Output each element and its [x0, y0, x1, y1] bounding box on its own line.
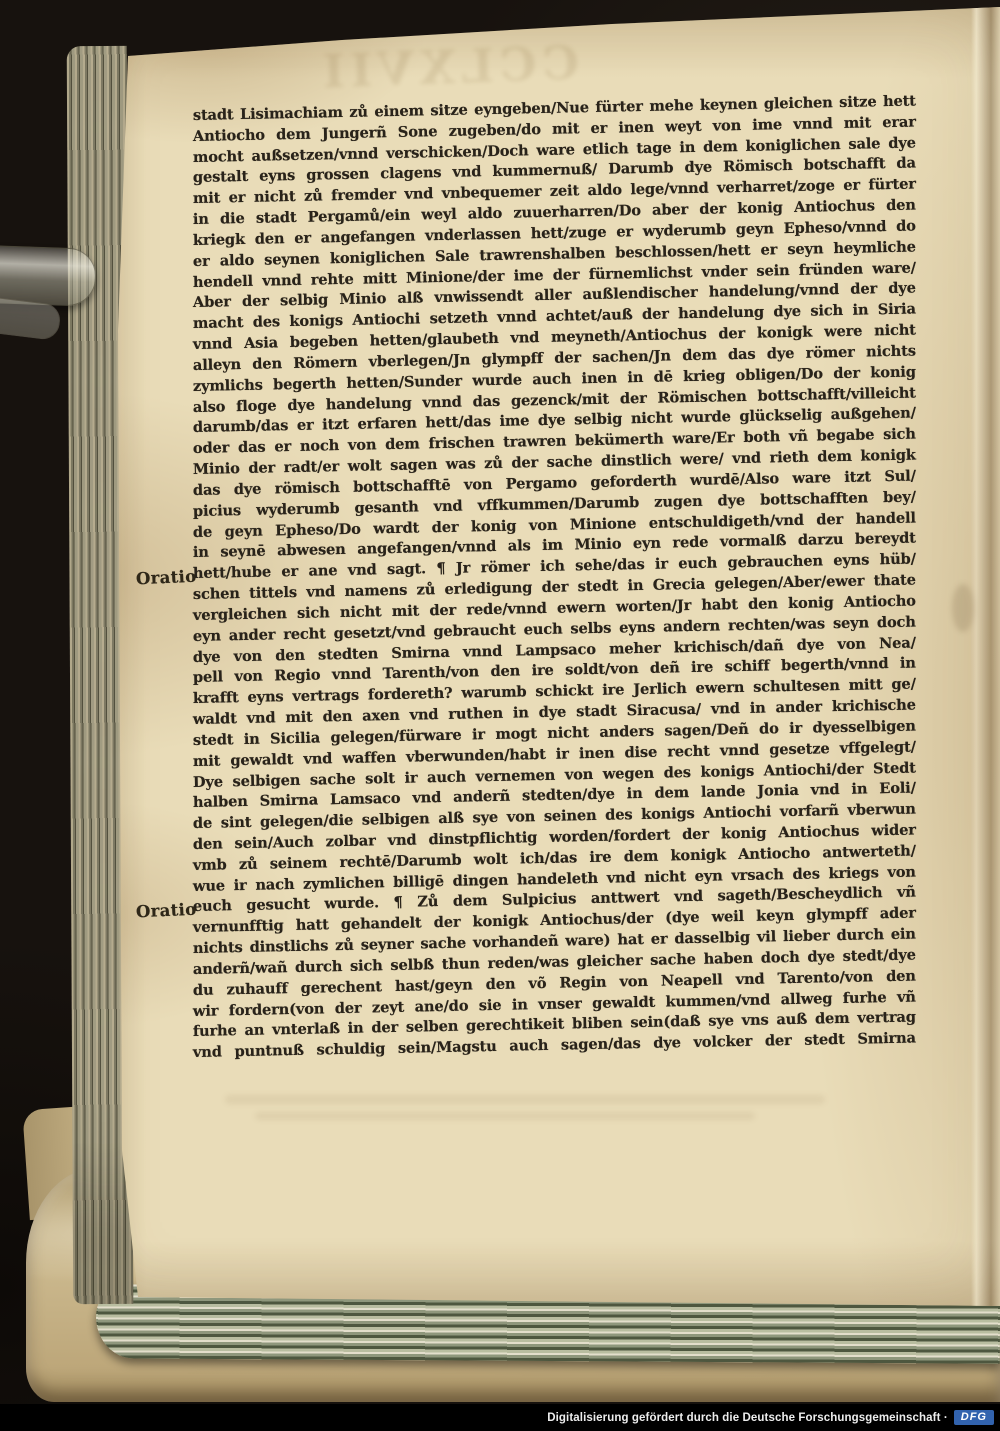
page-holder-clip-upper — [0, 245, 97, 307]
page-text: stadt Lisimachiam zů einem sitze eyngebe… — [193, 106, 916, 1064]
digitization-credit-bar: Digitalisierung gefördert durch die Deut… — [0, 1404, 1000, 1431]
ghost-showthrough-line-1 — [225, 1095, 825, 1104]
dfg-logo: DFG — [954, 1410, 994, 1425]
ghost-margin-mark — [952, 584, 974, 632]
digitization-credit-text: Digitalisierung gefördert durch die Deut… — [547, 1412, 948, 1424]
ghost-showthrough-line-2 — [255, 1112, 755, 1120]
margin-note-oratio-1: Oratio — [136, 567, 197, 589]
margin-note-oratio-2: Oratio — [136, 900, 197, 922]
